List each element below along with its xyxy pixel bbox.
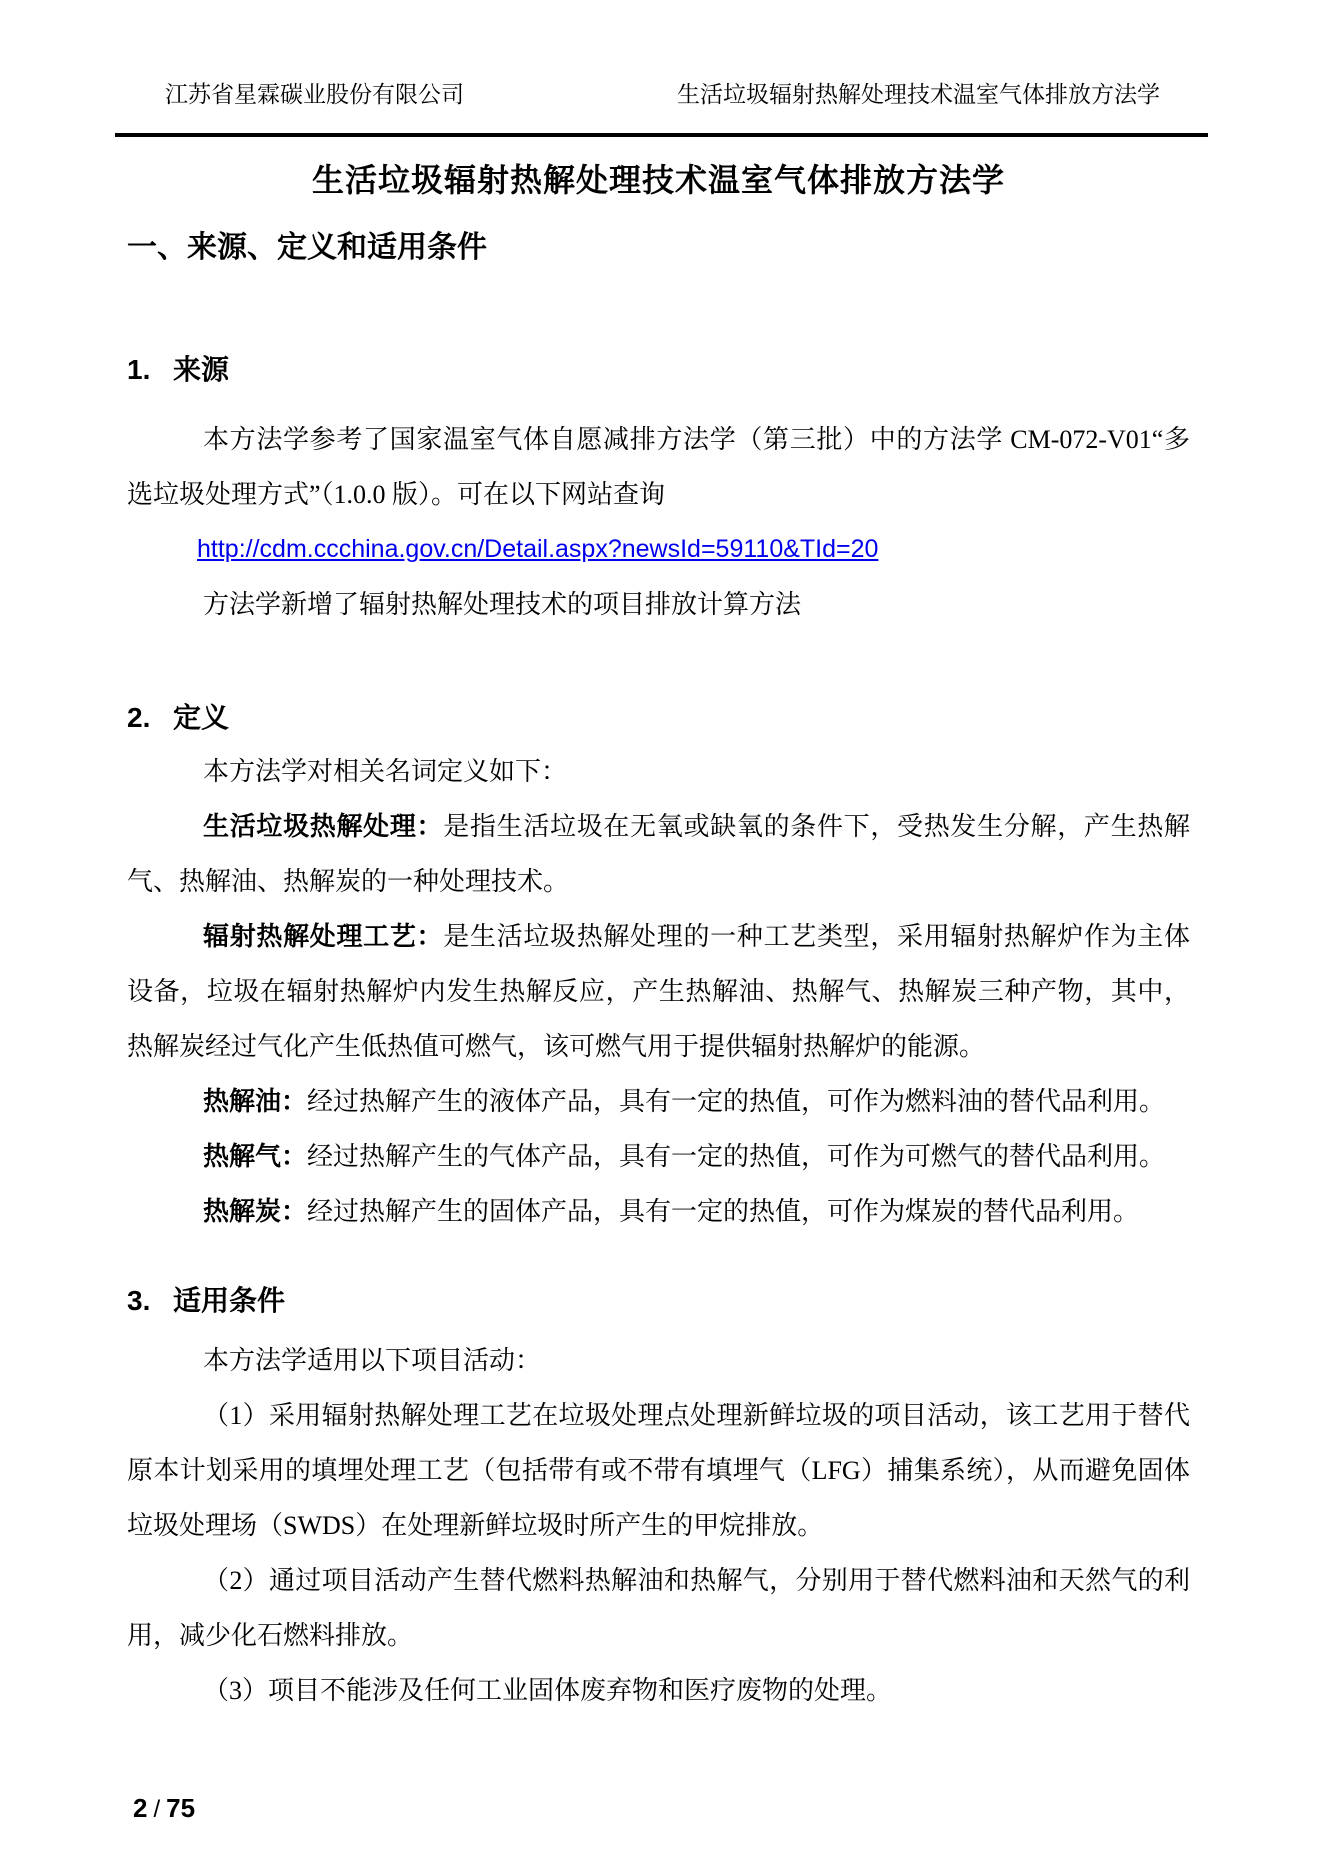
paragraph-definitions-intro: 本方法学对相关名词定义如下： (127, 744, 1190, 799)
definition-term: 辐射热解处理工艺： (203, 922, 443, 951)
page-content: 生活垃圾辐射热解处理技术温室气体排放方法学 一、来源、定义和适用条件 1. 来源… (0, 0, 1323, 1718)
section-heading-1: 一、来源、定义和适用条件 (127, 228, 1190, 268)
paragraph-source: 本方法学参考了国家温室气体自愿减排方法学（第三批）中的方法学 CM-072-V0… (127, 412, 1190, 522)
subsection-number: 1. (127, 352, 173, 388)
document-page: { "header": { "company": "江苏省星霖碳业股份有限公司"… (0, 0, 1323, 1871)
definition-item: 辐射热解处理工艺：是生活垃圾热解处理的一种工艺类型，采用辐射热解炉作为主体设备，… (127, 909, 1190, 1074)
subsection-label: 适用条件 (173, 1283, 285, 1319)
definition-item: 热解油：经过热解产生的液体产品，具有一定的热值，可作为燃料油的替代品利用。 (127, 1074, 1190, 1129)
applicability-item: （2）通过项目活动产生替代燃料热解油和热解气，分别用于替代燃料油和天然气的利用，… (127, 1553, 1190, 1663)
subsection-heading-source: 1. 来源 (127, 352, 1190, 388)
subsection-label: 定义 (173, 700, 229, 736)
subsection-label: 来源 (173, 352, 229, 388)
page-total: 75 (166, 1790, 195, 1826)
definition-term: 生活垃圾热解处理： (203, 812, 443, 841)
applicability-item: （1）采用辐射热解处理工艺在垃圾处理点处理新鲜垃圾的项目活动，该工艺用于替代原本… (127, 1388, 1190, 1553)
definition-term: 热解油： (203, 1087, 307, 1116)
definition-item: 热解炭：经过热解产生的固体产品，具有一定的热值，可作为煤炭的替代品利用。 (127, 1184, 1190, 1239)
subsection-number: 2. (127, 700, 173, 736)
definition-text: 经过热解产生的气体产品，具有一定的热值，可作为可燃气的替代品利用。 (307, 1142, 1165, 1171)
applicability-item: （3）项目不能涉及任何工业固体废弃物和医疗废物的处理。 (127, 1663, 1190, 1718)
link-line: http://cdm.ccchina.gov.cn/Detail.aspx?ne… (127, 522, 1190, 577)
page-number: 2 (133, 1790, 147, 1826)
definition-item: 热解气：经过热解产生的气体产品，具有一定的热值，可作为可燃气的替代品利用。 (127, 1129, 1190, 1184)
subsection-heading-applicability: 3. 适用条件 (127, 1283, 1190, 1319)
document-title: 生活垃圾辐射热解处理技术温室气体排放方法学 (127, 160, 1190, 200)
paragraph-applicability-intro: 本方法学适用以下项目活动： (127, 1333, 1190, 1388)
definition-text: 经过热解产生的液体产品，具有一定的热值，可作为燃料油的替代品利用。 (307, 1087, 1165, 1116)
definition-term: 热解炭： (203, 1197, 307, 1226)
definition-text: 经过热解产生的固体产品，具有一定的热值，可作为煤炭的替代品利用。 (307, 1197, 1139, 1226)
definition-item: 生活垃圾热解处理：是指生活垃圾在无氧或缺氧的条件下，受热发生分解，产生热解气、热… (127, 799, 1190, 909)
definition-term: 热解气： (203, 1142, 307, 1171)
page-footer: 2 / 75 (133, 1790, 195, 1828)
methodology-hyperlink[interactable]: http://cdm.ccchina.gov.cn/Detail.aspx?ne… (197, 535, 878, 563)
page-number-separator: / (153, 1792, 160, 1828)
subsection-heading-definitions: 2. 定义 (127, 700, 1190, 736)
paragraph-source-note: 方法学新增了辐射热解处理技术的项目排放计算方法 (127, 577, 1190, 632)
subsection-number: 3. (127, 1283, 173, 1319)
